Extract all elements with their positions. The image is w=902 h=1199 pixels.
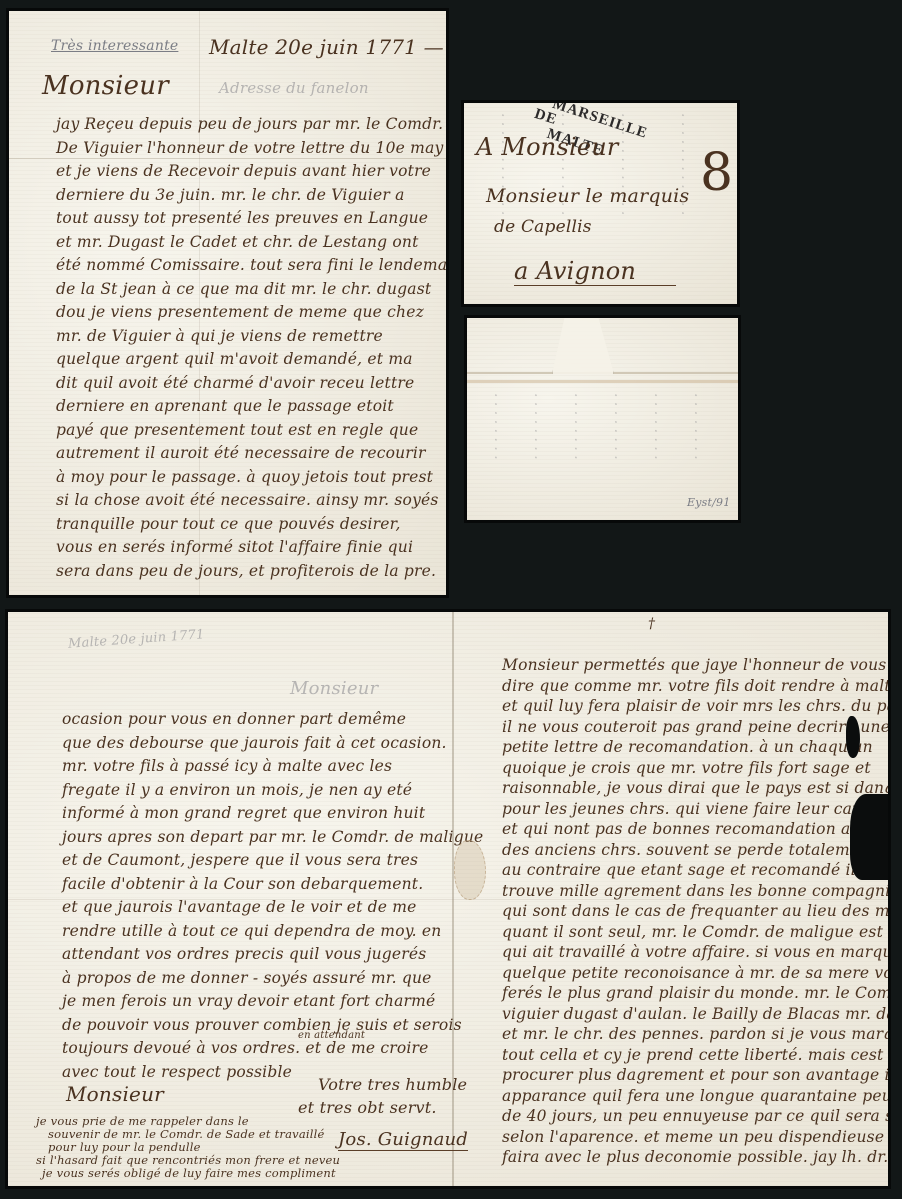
text-line: dire que comme mr. votre fils doit rendr… — [502, 677, 888, 695]
text-line: faira avec le plus deconomie possible. j… — [502, 1148, 888, 1166]
postscript-line: pour luy pour la pendulle — [48, 1140, 201, 1154]
paper-damage-hole — [846, 716, 860, 758]
text-line: que des debourse que jaurois fait à cet … — [62, 734, 447, 752]
cover-front: · · · · · · · · · · · · · · · · · · · · … — [464, 103, 737, 304]
text-line: tout aussy tot presenté les preuves en L… — [56, 209, 428, 227]
show-through-text: · · · · · · · · — [647, 393, 663, 460]
text-line: de pouvoir vous prouver combien je suis … — [62, 1016, 462, 1034]
text-line: pour les jeunes chrs. qui viene faire le… — [502, 800, 888, 818]
text-line: et je viens de Recevoir depuis avant hie… — [56, 162, 431, 180]
text-line: tout cella et cy je prend cette liberté.… — [502, 1046, 888, 1064]
postscript-line: souvenir de mr. le Comdr. de Sade et tra… — [48, 1127, 325, 1141]
address-line: A Monsieur — [476, 133, 619, 161]
closing-line: Votre tres humble — [318, 1075, 467, 1094]
text-line: et de Caumont, jespere que il vous sera … — [62, 851, 418, 869]
pencil-note: Eyst/91 — [687, 496, 730, 509]
text-line: avec tout le respect possible — [62, 1063, 292, 1081]
text-line: apparance quil fera une longue quarantai… — [502, 1087, 888, 1105]
text-line: attendant vos ordres precis quil vous ju… — [62, 945, 426, 963]
text-line: de la St jean à ce que ma dit mr. le chr… — [56, 280, 431, 298]
text-line: et mr. Dugast le Cadet et chr. de Lestan… — [56, 233, 419, 251]
text-line: informé à mon grand regret que environ h… — [62, 804, 425, 822]
text-line: à moy pour le passage. à quoy jetois tou… — [56, 468, 433, 486]
text-line: De Viguier l'honneur de votre lettre du … — [56, 139, 443, 157]
text-line: et que jaurois l'avantage de le voir et … — [62, 898, 417, 916]
text-line: autrement il auroit été necessaire de re… — [56, 444, 426, 462]
text-line: qui ait travaillé à votre affaire. si vo… — [502, 943, 888, 961]
show-through-text: · · · · · · · · — [567, 393, 583, 460]
text-line: procurer plus dagrement et pour son avan… — [502, 1066, 888, 1084]
fold-line — [467, 380, 738, 383]
address-line: de Capellis — [494, 217, 592, 237]
text-line: quelque argent quil m'avoit demandé, et … — [56, 350, 413, 368]
text-line: selon l'aparence. et meme un peu dispend… — [502, 1128, 888, 1146]
text-line: mr. votre fils à passé icy à malte avec … — [62, 757, 392, 775]
postscript-line: si l'hasard fait que rencontriés mon fre… — [36, 1153, 340, 1167]
text-line: quant il sont seul, mr. le Comdr. de mal… — [502, 923, 888, 941]
text-line: fregate il y a environ un mois, je nen a… — [62, 781, 412, 799]
letter-date: Malte 20e juin 1771 — — [209, 35, 444, 59]
postage-rate-mark: 8 — [700, 143, 733, 203]
text-line: trouve mille agrement dans les bonne com… — [502, 882, 888, 900]
text-line: payé que presentement tout est en regle … — [56, 421, 418, 439]
text-line: mr. de Viguier à qui je viens de remettr… — [56, 327, 383, 345]
text-line: été nommé Comissaire. tout sera fini le … — [56, 256, 446, 274]
text-line: jours apres son depart par mr. le Comdr.… — [62, 828, 483, 846]
page-mark: † — [648, 616, 655, 632]
text-line: toujours devoué à vos ordres. et de me c… — [62, 1039, 429, 1057]
letter-page-1: Très interessante Malte 20e juin 1771 — … — [9, 11, 446, 595]
pencil-note: Très interessante — [51, 38, 178, 54]
text-line: à propos de me donner - soyés assuré mr.… — [62, 969, 432, 987]
text-line: et quil luy fera plaisir de voir mrs les… — [502, 697, 888, 715]
letter-body: jay Reçeu depuis peu de jours par mr. le… — [56, 115, 441, 595]
postscript-line: je vous serés obligé de luy faire mes co… — [42, 1166, 336, 1180]
text-line: de 40 jours, un peu ennuyeuse par ce qui… — [502, 1107, 888, 1125]
text-line: au contraire que etant sage et recomandé… — [502, 861, 856, 879]
text-line: tranquille pour tout ce que pouvés desir… — [56, 515, 401, 533]
text-line: derniere en aprenant que le passage etoi… — [56, 397, 394, 415]
closing-salutation: Monsieur — [66, 1082, 164, 1106]
letter-body: ocasion pour vous en donner part demême … — [62, 710, 452, 1010]
show-through-text: · · · · · · · · — [687, 393, 703, 460]
show-through-text: · · · · · · · · — [607, 393, 623, 460]
text-line: et mr. le chr. des pennes. pardon si je … — [502, 1025, 888, 1043]
text-line: quoique je crois que mr. votre fils fort… — [502, 759, 871, 777]
text-line: quelque petite reconoisance à mr. de sa … — [502, 964, 888, 982]
show-through-text: · · · · · · · · — [527, 393, 543, 460]
text-line: et qui nont pas de bonnes recomandation … — [502, 820, 888, 838]
text-line: ferés le plus grand plaisir du monde. mr… — [502, 984, 888, 1002]
text-line: je men ferois un vray devoir etant fort … — [62, 992, 435, 1010]
text-line: derniere du 3e juin. mr. le chr. de Vigu… — [56, 186, 405, 204]
postscript: je vous prie de me rappeler dans le souv… — [36, 1114, 366, 1184]
text-line: facile d'obtenir à la Cour son debarquem… — [62, 875, 423, 893]
text-line: viguier dugast d'aulan. le Bailly de Bla… — [502, 1005, 888, 1023]
text-line: sera dans peu de jours, et profiterois d… — [56, 562, 436, 580]
text-line: ocasion pour vous en donner part demême — [62, 710, 406, 728]
ghost-heading: Malte 20e juin 1771 — [68, 627, 205, 651]
interlinear-insertion: en attendant — [298, 1030, 365, 1041]
letter-inner-spread: Malte 20e juin 1771 Monsieur ocasion pou… — [8, 612, 888, 1186]
text-line: il ne vous couteroit pas grand peine dec… — [502, 718, 888, 736]
show-through-text: · · · · · · · · — [487, 393, 503, 460]
text-line: rendre utille à tout ce qui dependra de … — [62, 922, 441, 940]
address-line: a Avignon — [514, 257, 676, 286]
text-line: Monsieur permettés que jaye l'honneur de… — [502, 656, 886, 674]
ghost-salutation: Monsieur — [290, 678, 378, 699]
text-line: qui sont dans le cas de frequanter au li… — [502, 902, 888, 920]
text-line: jay Reçeu depuis peu de jours par mr. le… — [56, 115, 443, 133]
text-line: dou je viens presentement de meme que ch… — [56, 303, 424, 321]
seal-flap — [552, 318, 614, 374]
wax-seal-remnant — [454, 840, 486, 900]
paper-edge-tear — [850, 794, 888, 880]
cover-back: · · · · · · · · · · · · · · · · · · · · … — [467, 318, 738, 520]
postscript-line: je vous prie de me rappeler dans le — [36, 1114, 249, 1128]
text-line: raisonnable, je vous dirai que le pays e… — [502, 779, 888, 797]
letter-body: Monsieur permettés que jaye l'honneur de… — [502, 656, 882, 1186]
letter-salutation: Monsieur — [42, 71, 169, 101]
text-line: petite lettre de recomandation. à un cha… — [502, 738, 873, 756]
text-line: si la chose avoit été necessaire. ainsy … — [56, 491, 439, 509]
faint-annotation: Adresse du fanelon — [219, 79, 369, 97]
address-line: Monsieur le marquis — [486, 185, 689, 207]
text-line: dit quil avoit été charmé d'avoir receu … — [56, 374, 414, 392]
text-line: des anciens chrs. souvent se perde total… — [502, 841, 881, 859]
text-line: vous en serés informé sitot l'affaire fi… — [56, 538, 413, 556]
